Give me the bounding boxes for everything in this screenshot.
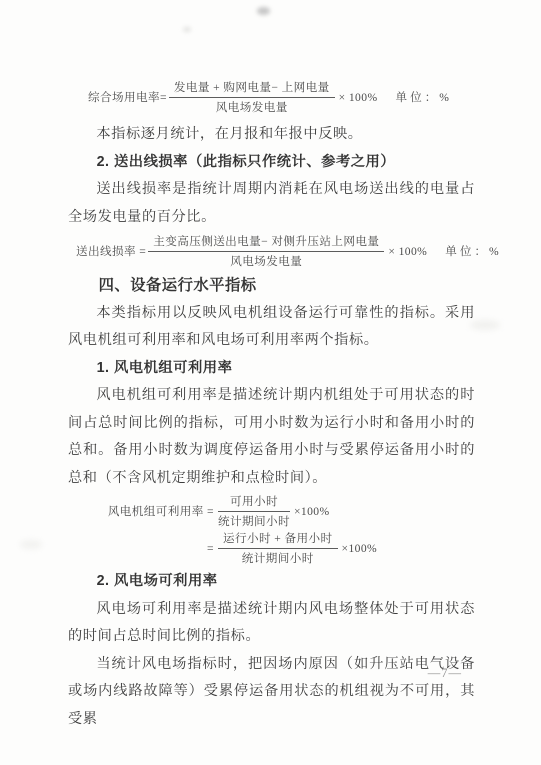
fraction-denominator: 风电场发电量	[169, 98, 335, 115]
document-body: 综合场用电率= 发电量 + 购网电量− 上网电量 风电场发电量 × 100% 单…	[68, 0, 475, 733]
fraction-numerator: 运行小时 + 备用小时	[218, 531, 338, 549]
paragraph-monthly-stat: 本指标逐月统计，在月报和年报中反映。	[68, 121, 475, 149]
formula-lhs: 风电机组可利用率 =	[94, 504, 216, 519]
formula-unit: 单位：%	[445, 244, 501, 259]
paragraph-turbine-desc: 风电机组可利用率是描述统计期内机组处于可用状态的时间占总时间比例的指标，可用小时…	[68, 382, 475, 492]
fraction-denominator: 统计期间小时	[218, 549, 338, 566]
formula-factor: ×100%	[342, 541, 378, 556]
formula-unit: 单位：%	[396, 90, 452, 105]
paragraph-section-intro: 本类指标用以反映风电机组设备运行可靠性的指标。采用风电机组可利用率和风电场可利用…	[68, 300, 475, 355]
heading-section-four: 四、设备运行水平指标	[68, 272, 475, 300]
fraction-denominator: 风电场发电量	[148, 252, 384, 269]
formula-lhs: 综合场用电率=	[88, 90, 167, 105]
formula-equals: =	[94, 541, 216, 556]
heading-turbine-availability: 1. 风电机组可利用率	[68, 355, 475, 383]
fraction: 运行小时 + 备用小时 统计期间小时	[218, 531, 338, 566]
paragraph-farm-desc: 风电场可利用率是描述统计期内风电场整体处于可用状态的时间占总时间比例的指标。	[68, 596, 475, 651]
heading-farm-availability: 2. 风电场可利用率	[68, 568, 475, 596]
formula-station-power-rate: 综合场用电率= 发电量 + 购网电量− 上网电量 风电场发电量 × 100% 单…	[88, 80, 475, 115]
fraction: 发电量 + 购网电量− 上网电量 风电场发电量	[169, 80, 335, 115]
paragraph-farm-note: 当统计风电场指标时，把因场内原因（如升压站电气设备或场内线路故障等）受累停运备用…	[68, 651, 475, 734]
heading-line-loss-rate: 2. 送出线损率（此指标只作统计、参考之用）	[68, 149, 475, 177]
page-number: —7—	[428, 666, 462, 681]
fraction-numerator: 主变高压侧送出电量− 对侧升压站上网电量	[148, 234, 384, 252]
fraction-denominator: 统计期间小时	[218, 512, 290, 529]
paragraph-line-loss-desc: 送出线损率是指统计周期内消耗在风电场送出线的电量占全场发电量的百分比。	[68, 176, 475, 231]
formula-row: = 运行小时 + 备用小时 统计期间小时 ×100%	[94, 531, 475, 566]
scan-smudge	[20, 540, 42, 549]
formula-turbine-availability: 风电机组可利用率 = 可用小时 统计期间小时 ×100% = 运行小时 + 备用…	[94, 494, 475, 566]
formula-row: 风电机组可利用率 = 可用小时 统计期间小时 ×100%	[94, 494, 475, 529]
fraction-numerator: 可用小时	[218, 494, 290, 512]
fraction: 可用小时 统计期间小时	[218, 494, 290, 529]
formula-factor: × 100%	[388, 244, 427, 259]
fraction: 主变高压侧送出电量− 对侧升压站上网电量 风电场发电量	[148, 234, 384, 269]
fraction-numerator: 发电量 + 购网电量− 上网电量	[169, 80, 335, 98]
formula-factor: × 100%	[339, 90, 378, 105]
formula-lhs: 送出线损率 =	[76, 244, 146, 259]
document-page: 综合场用电率= 发电量 + 购网电量− 上网电量 风电场发电量 × 100% 单…	[0, 0, 541, 765]
formula-line-loss-rate: 送出线损率 = 主变高压侧送出电量− 对侧升压站上网电量 风电场发电量 × 10…	[76, 234, 475, 269]
formula-factor: ×100%	[294, 504, 330, 519]
